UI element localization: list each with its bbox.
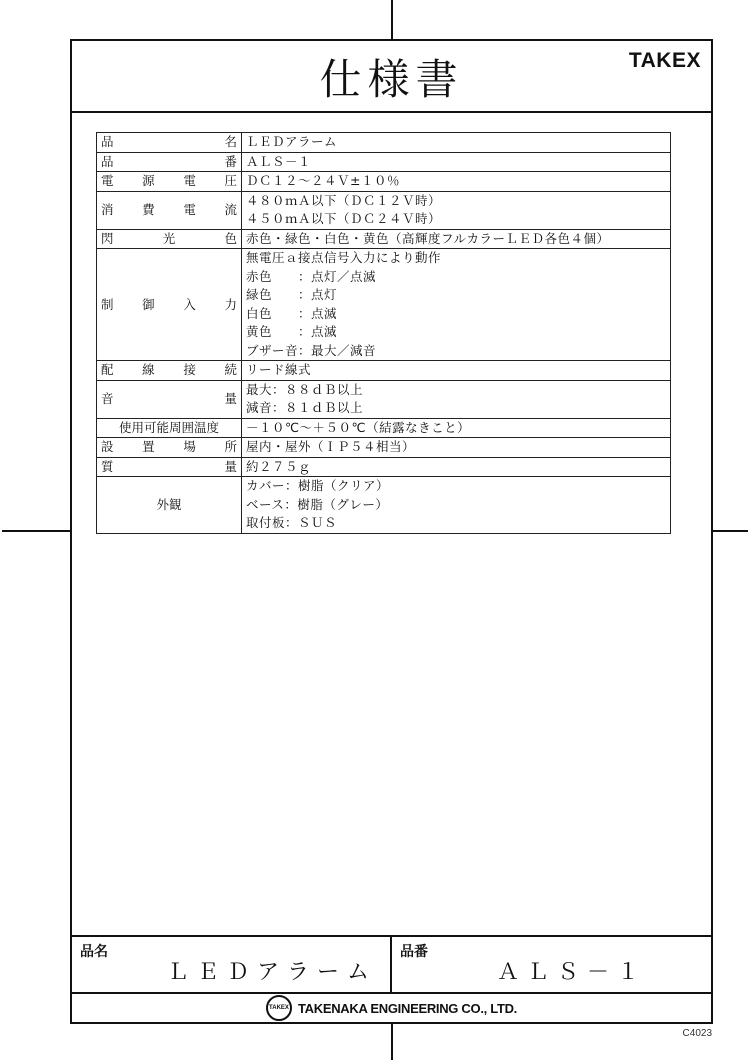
- table-row: 外観 カバー：樹脂（クリア） ベース：樹脂（グレー） 取付板：ＳＵＳ: [97, 477, 671, 534]
- value-line: リード線式: [246, 361, 666, 380]
- footer-product-name: 品名 ＬＥＤアラーム: [72, 937, 392, 992]
- row-label: 外観: [97, 477, 242, 534]
- value-line: 緑色 ：点灯: [246, 286, 666, 305]
- row-label: 設置場所: [97, 438, 242, 458]
- table-row: 設置場所 屋内・屋外（ＩＰ５４相当）: [97, 438, 671, 458]
- row-label: 電源電圧: [97, 172, 242, 192]
- row-value: ＡＬＳ－１: [242, 152, 671, 172]
- row-label: 制御入力: [97, 249, 242, 361]
- value-line: 無電圧ａ接点信号入力により動作: [246, 249, 666, 268]
- row-label: 配線接続: [97, 361, 242, 381]
- value-line: 白色 ：点滅: [246, 305, 666, 324]
- value-line: ４５０ｍＡ以下（ＤＣ２４Ｖ時）: [246, 210, 666, 229]
- row-value: 最大：８８ｄＢ以上 減音：８１ｄＢ以上: [242, 380, 671, 418]
- table-row: 制御入力 無電圧ａ接点信号入力により動作 赤色 ：点灯／点滅 緑色 ：点灯 白色…: [97, 249, 671, 361]
- row-label: 品 名: [97, 133, 242, 153]
- logo-text: TAKEX: [269, 1005, 289, 1011]
- table-row: 質 量 約２７５ｇ: [97, 457, 671, 477]
- row-value: 屋内・屋外（ＩＰ５４相当）: [242, 438, 671, 458]
- brand-logo: TAKEX: [629, 49, 701, 73]
- product-number-caption: 品番: [400, 941, 428, 961]
- row-label: 使用可能周囲温度: [97, 418, 242, 438]
- table-row: 閃光色 赤色・緑色・白色・黄色（高輝度フルカラーＬＥＤ各色４個）: [97, 229, 671, 249]
- row-value: 赤色・緑色・白色・黄色（高輝度フルカラーＬＥＤ各色４個）: [242, 229, 671, 249]
- table-row: 電源電圧 ＤＣ１２～２４Ｖ±１０％: [97, 172, 671, 192]
- value-line: 赤色・緑色・白色・黄色（高輝度フルカラーＬＥＤ各色４個）: [246, 230, 666, 249]
- value-line: 赤色 ：点灯／点滅: [246, 268, 666, 287]
- row-value: ４８０ｍＡ以下（ＤＣ１２Ｖ時） ４５０ｍＡ以下（ＤＣ２４Ｖ時）: [242, 191, 671, 229]
- takex-logo-icon: TAKEX: [266, 995, 292, 1021]
- value-line: 取付板：ＳＵＳ: [246, 514, 666, 533]
- product-name-caption: 品名: [80, 941, 108, 961]
- value-line: ＤＣ１２～２４Ｖ±１０％: [246, 172, 666, 191]
- product-name-value: ＬＥＤアラーム: [167, 955, 377, 986]
- spec-table: 品 名 ＬＥＤアラーム 品 番 ＡＬＳ－１ 電源電圧 ＤＣ１２～２４Ｖ±１０％ …: [96, 132, 671, 534]
- table-row: 音 量 最大：８８ｄＢ以上 減音：８１ｄＢ以上: [97, 380, 671, 418]
- row-value: ＬＥＤアラーム: [242, 133, 671, 153]
- crop-mark-top: [391, 0, 393, 40]
- footer-product-number: 品番 ＡＬＳ－１: [392, 937, 711, 992]
- company-block: TAKEX TAKENAKA ENGINEERING CO., LTD.: [72, 992, 711, 1024]
- row-value: カバー：樹脂（クリア） ベース：樹脂（グレー） 取付板：ＳＵＳ: [242, 477, 671, 534]
- company-name: TAKENAKA ENGINEERING CO., LTD.: [298, 1001, 517, 1016]
- table-row: 使用可能周囲温度 －１０℃～＋５０℃（結露なきこと）: [97, 418, 671, 438]
- row-value: －１０℃～＋５０℃（結露なきこと）: [242, 418, 671, 438]
- table-row: 消費電流 ４８０ｍＡ以下（ＤＣ１２Ｖ時） ４５０ｍＡ以下（ＤＣ２４Ｖ時）: [97, 191, 671, 229]
- value-line: 屋内・屋外（ＩＰ５４相当）: [246, 438, 666, 457]
- table-row: 品 名 ＬＥＤアラーム: [97, 133, 671, 153]
- row-value: 約２７５ｇ: [242, 457, 671, 477]
- row-value: リード線式: [242, 361, 671, 381]
- crop-mark-right: [713, 530, 748, 532]
- row-label: 閃光色: [97, 229, 242, 249]
- row-label: 品 番: [97, 152, 242, 172]
- value-line: ベース：樹脂（グレー）: [246, 496, 666, 515]
- row-label: 消費電流: [97, 191, 242, 229]
- value-line: 黄色 ：点滅: [246, 323, 666, 342]
- crop-mark-left: [2, 530, 70, 532]
- value-line: カバー：樹脂（クリア）: [246, 477, 666, 496]
- value-line: 約２７５ｇ: [246, 458, 666, 477]
- table-row: 品 番 ＡＬＳ－１: [97, 152, 671, 172]
- value-line: ＡＬＳ－１: [246, 153, 666, 172]
- page-title: 仕様書: [72, 47, 711, 107]
- document-code: C4023: [683, 1028, 712, 1039]
- value-line: ＬＥＤアラーム: [246, 133, 666, 152]
- value-line: 減音：８１ｄＢ以上: [246, 399, 666, 418]
- table-row: 配線接続 リード線式: [97, 361, 671, 381]
- row-label: 音 量: [97, 380, 242, 418]
- row-label: 質 量: [97, 457, 242, 477]
- title-area: 仕様書 TAKEX: [72, 41, 711, 113]
- row-value: ＤＣ１２～２４Ｖ±１０％: [242, 172, 671, 192]
- value-line: ４８０ｍＡ以下（ＤＣ１２Ｖ時）: [246, 192, 666, 211]
- footer-product-block: 品名 ＬＥＤアラーム 品番 ＡＬＳ－１: [72, 935, 711, 994]
- crop-mark-bottom: [391, 1024, 393, 1060]
- value-line: －１０℃～＋５０℃（結露なきこと）: [246, 419, 666, 438]
- product-number-value: ＡＬＳ－１: [497, 955, 647, 986]
- value-line: 最大：８８ｄＢ以上: [246, 381, 666, 400]
- document-frame: 仕様書 TAKEX 品 名 ＬＥＤアラーム 品 番 ＡＬＳ－１ 電源電圧 ＤＣ１…: [70, 39, 713, 1024]
- value-line: ブザー音：最大／減音: [246, 342, 666, 361]
- row-value: 無電圧ａ接点信号入力により動作 赤色 ：点灯／点滅 緑色 ：点灯 白色 ：点滅 …: [242, 249, 671, 361]
